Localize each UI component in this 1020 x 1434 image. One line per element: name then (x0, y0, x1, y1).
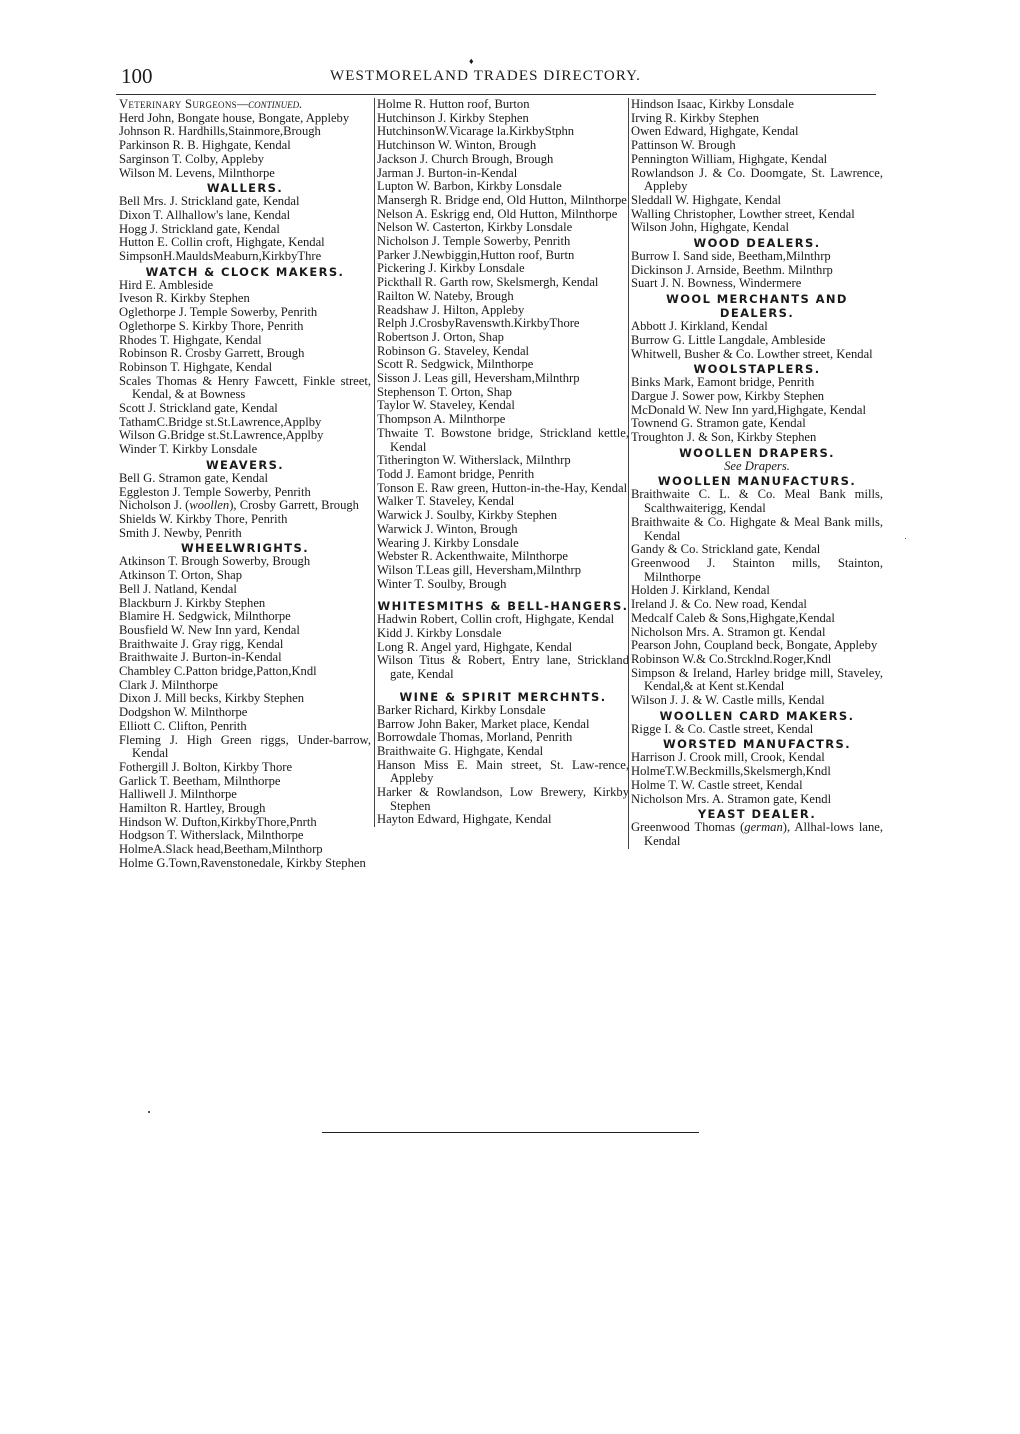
directory-entry: Garlick T. Beetham, Milnthorpe (119, 775, 371, 789)
cross-reference: See Drapers. (631, 460, 883, 474)
directory-entry: Bell G. Stramon gate, Kendal (119, 472, 371, 486)
directory-entry: Wilson Titus & Robert, Entry lane, Stric… (377, 654, 629, 681)
section-heading-watch-clock-makers: WATCH & CLOCK MAKERS. (119, 265, 371, 279)
directory-entry: Wilson M. Levens, Milnthorpe (119, 167, 371, 181)
directory-entry: Long R. Angel yard, Highgate, Kendal (377, 641, 629, 655)
directory-entry: Robinson T. Highgate, Kendal (119, 361, 371, 375)
directory-entry: Fleming J. High Green riggs, Under-barro… (119, 734, 371, 761)
directory-entry: Pennington William, Highgate, Kendal (631, 153, 883, 167)
directory-entry: Greenwood Thomas (german), Allhal-lows l… (631, 821, 883, 848)
directory-entry: Oglethorpe S. Kirkby Thore, Penrith (119, 320, 371, 334)
directory-entry: Readshaw J. Hilton, Appleby (377, 304, 629, 318)
directory-entry: Atkinson T. Orton, Shap (119, 569, 371, 583)
header-rule (116, 94, 876, 95)
italic-note: german (744, 820, 782, 834)
section-heading-weavers: WEAVERS. (119, 458, 371, 472)
directory-entry: Barker Richard, Kirkby Lonsdale (377, 704, 629, 718)
directory-entry: Iveson R. Kirkby Stephen (119, 292, 371, 306)
section-heading-wool-merchants-and-dealers: WOOL MERCHANTS AND DEALERS. (631, 292, 883, 320)
section-heading-woollen-manufacturs: WOOLLEN MANUFACTURS. (631, 474, 883, 488)
ornament-glyph: ♦ (469, 56, 474, 66)
directory-entry: Hutchinson W. Winton, Brough (377, 139, 629, 153)
directory-entry: Parkinson R. B. Highgate, Kendal (119, 139, 371, 153)
directory-entry: Braithwaite G. Highgate, Kendal (377, 745, 629, 759)
directory-entry: Clark J. Milnthorpe (119, 679, 371, 693)
directory-entry: Wilson John, Highgate, Kendal (631, 221, 883, 235)
directory-entry: Eggleston J. Temple Sowerby, Penrith (119, 486, 371, 500)
directory-entry: Rhodes T. Highgate, Kendal (119, 334, 371, 348)
directory-entry: Suart J. N. Bowness, Windermere (631, 277, 883, 291)
directory-entry: Rigge I. & Co. Castle street, Kendal (631, 723, 883, 737)
section-heading-wallers: WALLERS. (119, 181, 371, 195)
section-heading-woollen-card-makers: WOOLLEN CARD MAKERS. (631, 709, 883, 723)
directory-entry: Blackburn J. Kirkby Stephen (119, 597, 371, 611)
directory-entry: Wearing J. Kirkby Lonsdale (377, 537, 629, 551)
continued-label: —continued. (237, 97, 302, 111)
directory-entry: Braithwaite J. Burton-in-Kendal (119, 651, 371, 665)
directory-entry: Braithwaite C. L. & Co. Meal Bank mills,… (631, 488, 883, 515)
directory-entry: Holme T. W. Castle street, Kendal (631, 779, 883, 793)
directory-entry: Dodgshon W. Milnthorpe (119, 706, 371, 720)
directory-entry: Robinson W.& Co.Strcklnd.Roger,Kndl (631, 653, 883, 667)
directory-entry: HolmeT.W.Beckmills,Skelsmergh,Kndl (631, 765, 883, 779)
directory-entry: Dargue J. Sower pow, Kirkby Stephen (631, 390, 883, 404)
directory-entry: Braithwaite & Co. Highgate & Meal Bank m… (631, 516, 883, 543)
directory-entry: Bousfield W. New Inn yard, Kendal (119, 624, 371, 638)
directory-entry: Warwick J. Winton, Brough (377, 523, 629, 537)
directory-entry: Sisson J. Leas gill, Heversham,Milnthrp (377, 372, 629, 386)
directory-entry: Nelson A. Eskrigg end, Old Hutton, Milnt… (377, 208, 629, 222)
directory-entry: Holme G.Town,Ravenstonedale, Kirkby Step… (119, 857, 371, 871)
section-heading-wine-spirit-merchnts: WINE & SPIRIT MERCHNTS. (377, 690, 629, 704)
section-heading-yeast-dealer: YEAST DEALER. (631, 807, 883, 821)
directory-entry: Atkinson T. Brough Sowerby, Brough (119, 555, 371, 569)
directory-entry: Dixon J. Mill becks, Kirkby Stephen (119, 692, 371, 706)
directory-entry: Whitwell, Busher & Co. Lowther street, K… (631, 348, 883, 362)
directory-entry: Kidd J. Kirkby Lonsdale (377, 627, 629, 641)
column-1: Veterinary Surgeons—continued.Herd John,… (119, 98, 371, 871)
directory-entry: Sarginson T. Colby, Appleby (119, 153, 371, 167)
italic-note: woollen (189, 498, 229, 512)
directory-entry: Shields W. Kirkby Thore, Penrith (119, 513, 371, 527)
directory-entry: Gandy & Co. Strickland gate, Kendal (631, 543, 883, 557)
directory-entry: Hutchinson J. Kirkby Stephen (377, 112, 629, 126)
directory-entry: Harrison J. Crook mill, Crook, Kendal (631, 751, 883, 765)
directory-entry: Dickinson J. Arnside, Beethm. Milnthrp (631, 264, 883, 278)
directory-entry: Relph J.CrosbyRavenswth.KirkbyThore (377, 317, 629, 331)
directory-entry: Pickering J. Kirkby Lonsdale (377, 262, 629, 276)
section-heading-whitesmiths-bell-hangers: WHITESMITHS & BELL-HANGERS. (377, 599, 629, 613)
directory-entry: Walling Christopher, Lowther street, Ken… (631, 208, 883, 222)
directory-entry: Dixon T. Allhallow's lane, Kendal (119, 209, 371, 223)
directory-entry: Simpson & Ireland, Harley bridge mill, S… (631, 667, 883, 694)
directory-entry: Hird E. Ambleside (119, 279, 371, 293)
directory-entry: Hanson Miss E. Main street, St. Law-renc… (377, 759, 629, 786)
directory-entry: Binks Mark, Eamont bridge, Penrith (631, 376, 883, 390)
directory-entry: SimpsonH.MauldsMeaburn,KirkbyThre (119, 250, 371, 264)
section-heading-wheelwrights: WHEELWRIGHTS. (119, 541, 371, 555)
directory-entry: Holme R. Hutton roof, Burton (377, 98, 629, 112)
directory-entry: Hamilton R. Hartley, Brough (119, 802, 371, 816)
section-heading-worsted-manufactrs: WORSTED MANUFACTRS. (631, 737, 883, 751)
directory-entry: TathamC.Bridge st.St.Lawrence,Applby (119, 416, 371, 430)
directory-entry: Barrow John Baker, Market place, Kendal (377, 718, 629, 732)
directory-entry: Troughton J. & Son, Kirkby Stephen (631, 431, 883, 445)
directory-entry: Winter T. Soulby, Brough (377, 578, 629, 592)
directory-entry: Bell Mrs. J. Strickland gate, Kendal (119, 195, 371, 209)
directory-entry: Smith J. Newby, Penrith (119, 527, 371, 541)
directory-entry: Pickthall R. Garth row, Skelsmergh, Kend… (377, 276, 629, 290)
page-title: WESTMORELAND TRADES DIRECTORY. (330, 68, 641, 85)
directory-entry: Hindson Isaac, Kirkby Lonsdale (631, 98, 883, 112)
directory-entry: Parker J.Newbiggin,Hutton roof, Burtn (377, 249, 629, 263)
directory-entry: Ireland J. & Co. New road, Kendal (631, 598, 883, 612)
directory-entry: Scott R. Sedgwick, Milnthorpe (377, 358, 629, 372)
directory-entry: Oglethorpe J. Temple Sowerby, Penrith (119, 306, 371, 320)
directory-entry: Harker & Rowlandson, Low Brewery, Kirkby… (377, 786, 629, 813)
directory-entry: Pearson John, Coupland beck, Bongate, Ap… (631, 639, 883, 653)
column-2: Holme R. Hutton roof, BurtonHutchinson J… (374, 98, 629, 827)
directory-entry: Taylor W. Staveley, Kendal (377, 399, 629, 413)
directory-entry: Hadwin Robert, Collin croft, Highgate, K… (377, 613, 629, 627)
directory-entry: Hutton E. Collin croft, Highgate, Kendal (119, 236, 371, 250)
directory-entry: Bell J. Natland, Kendal (119, 583, 371, 597)
directory-entry: Hayton Edward, Highgate, Kendal (377, 813, 629, 827)
directory-entry: Warwick J. Soulby, Kirkby Stephen (377, 509, 629, 523)
directory-entry: Townend G. Stramon gate, Kendal (631, 417, 883, 431)
directory-entry: Pattinson W. Brough (631, 139, 883, 153)
directory-entry: Nicholson J. Temple Sowerby, Penrith (377, 235, 629, 249)
print-speck (148, 1111, 150, 1113)
directory-entry: Abbott J. Kirkland, Kendal (631, 320, 883, 334)
directory-entry: Wilson T.Leas gill, Heversham,Milnthrp (377, 564, 629, 578)
column-3: Hindson Isaac, Kirkby LonsdaleIrving R. … (628, 98, 883, 849)
section-title: Veterinary Surgeons (119, 97, 237, 111)
directory-entry: Titherington W. Witherslack, Milnthrp (377, 454, 629, 468)
directory-entry: Todd J. Eamont bridge, Penrith (377, 468, 629, 482)
directory-entry: Halliwell J. Milnthorpe (119, 788, 371, 802)
directory-entry: Nicholson Mrs. A. Stramon gt. Kendal (631, 626, 883, 640)
directory-entry: Lupton W. Barbon, Kirkby Lonsdale (377, 180, 629, 194)
directory-entry: Fothergill J. Bolton, Kirkby Thore (119, 761, 371, 775)
directory-entry: Scales Thomas & Henry Fawcett, Finkle st… (119, 375, 371, 402)
directory-entry: Walker T. Staveley, Kendal (377, 495, 629, 509)
directory-entry: Tonson E. Raw green, Hutton-in-the-Hay, … (377, 482, 629, 496)
directory-entry: Nicholson Mrs. A. Stramon gate, Kendl (631, 793, 883, 807)
directory-entry: Nelson W. Casterton, Kirkby Lonsdale (377, 221, 629, 235)
page-number: 100 (121, 64, 153, 89)
directory-entry: Mansergh R. Bridge end, Old Hutton, Miln… (377, 194, 629, 208)
section-heading-wood-dealers: WOOD DEALERS. (631, 236, 883, 250)
directory-entry: HolmeA.Slack head,Beetham,Milnthorp (119, 843, 371, 857)
directory-entry: Thompson A. Milnthorpe (377, 413, 629, 427)
directory-entry: Webster R. Ackenthwaite, Milnthorpe (377, 550, 629, 564)
directory-entry: Jackson J. Church Brough, Brough (377, 153, 629, 167)
directory-entry: Railton W. Nateby, Brough (377, 290, 629, 304)
section-heading-woolstaplers: WOOLSTAPLERS. (631, 362, 883, 376)
directory-entry: Wilson J. J. & W. Castle mills, Kendal (631, 694, 883, 708)
directory-entry: Thwaite T. Bowstone bridge, Strickland k… (377, 427, 629, 454)
directory-entry: Borrowdale Thomas, Morland, Penrith (377, 731, 629, 745)
directory-entry: Chambley C.Patton bridge,Patton,Kndl (119, 665, 371, 679)
print-speck (905, 538, 906, 539)
directory-entry: HutchinsonW.Vicarage la.KirkbyStphn (377, 125, 629, 139)
directory-entry: Hogg J. Strickland gate, Kendal (119, 223, 371, 237)
directory-entry: Rowlandson J. & Co. Doomgate, St. Lawren… (631, 167, 883, 194)
directory-entry: Owen Edward, Highgate, Kendal (631, 125, 883, 139)
directory-entry: Blamire H. Sedgwick, Milnthorpe (119, 610, 371, 624)
directory-entry: Irving R. Kirkby Stephen (631, 112, 883, 126)
directory-entry: Medcalf Caleb & Sons,Highgate,Kendal (631, 612, 883, 626)
directory-entry: Hodgson T. Witherslack, Milnthorpe (119, 829, 371, 843)
directory-entry: Burrow I. Sand side, Beetham,Milnthrp (631, 250, 883, 264)
section-heading-woollen-drapers: WOOLLEN DRAPERS. (631, 446, 883, 460)
directory-entry: Robertson J. Orton, Shap (377, 331, 629, 345)
directory-entry: Scott J. Strickland gate, Kendal (119, 402, 371, 416)
directory-entry: Burrow G. Little Langdale, Ambleside (631, 334, 883, 348)
directory-entry: Herd John, Bongate house, Bongate, Apple… (119, 112, 371, 126)
directory-entry: Greenwood J. Stainton mills, Stainton, M… (631, 557, 883, 584)
directory-entry: Johnson R. Hardhills,Stainmore,Brough (119, 125, 371, 139)
directory-entry: Holden J. Kirkland, Kendal (631, 584, 883, 598)
directory-entry: McDonald W. New Inn yard,Highgate, Kenda… (631, 404, 883, 418)
directory-entry: Jarman J. Burton-in-Kendal (377, 167, 629, 181)
directory-entry: Stephenson T. Orton, Shap (377, 386, 629, 400)
directory-entry: Robinson G. Staveley, Kendal (377, 345, 629, 359)
section-heading-continued: Veterinary Surgeons—continued. (119, 98, 371, 112)
directory-entry: Wilson G.Bridge st.St.Lawrence,Applby (119, 429, 371, 443)
directory-entry: Winder T. Kirkby Lonsdale (119, 443, 371, 457)
directory-entry: Sleddall W. Highgate, Kendal (631, 194, 883, 208)
directory-entry: Nicholson J. (woollen), Crosby Garrett, … (119, 499, 371, 513)
directory-entry: Robinson R. Crosby Garrett, Brough (119, 347, 371, 361)
directory-entry: Elliott C. Clifton, Penrith (119, 720, 371, 734)
directory-entry: Hindson W. Dufton,KirkbyThore,Pnrth (119, 816, 371, 830)
directory-entry: Braithwaite J. Gray rigg, Kendal (119, 638, 371, 652)
footer-rule (322, 1132, 699, 1133)
